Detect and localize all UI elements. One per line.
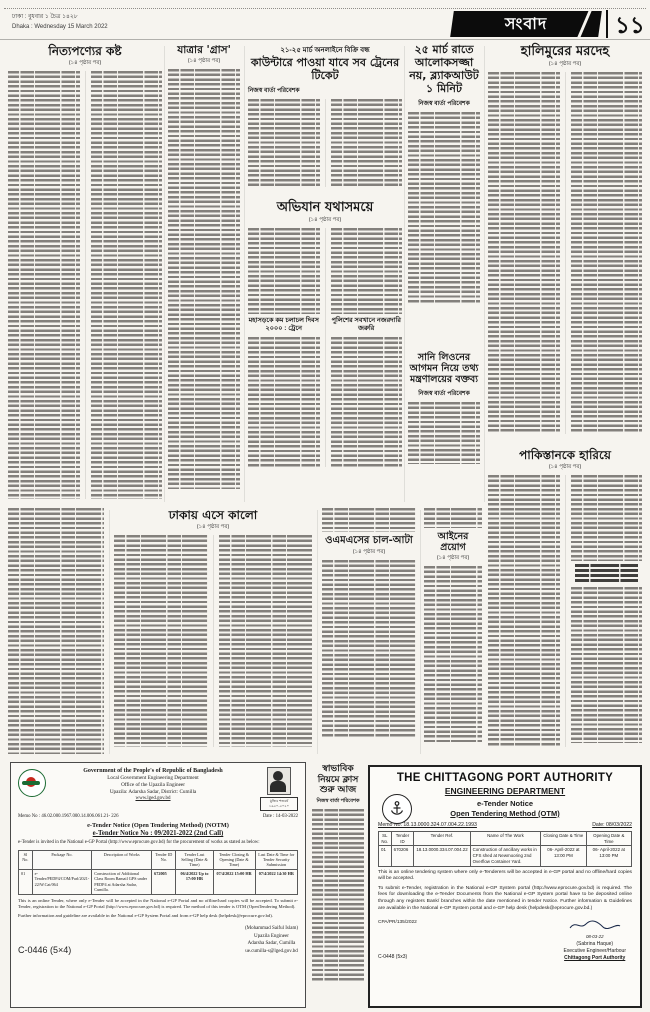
continued-label: (১৪ পৃষ্ঠার পর): [114, 524, 312, 532]
body-text: [331, 337, 403, 467]
continuation-column: [8, 508, 104, 754]
anchor-icon: [388, 800, 406, 818]
cpa-tender-notice: THE CHITTAGONG PORT AUTHORITY ENGINEERIN…: [368, 765, 642, 1008]
article-headline: সানি লিওনের আগমন নিয়ে তথ্য মন্ত্রণালয়ে…: [408, 352, 480, 386]
body-text: [488, 475, 560, 747]
tender-table: Sl No. Package No. Description of Works …: [18, 850, 298, 895]
dateline: ঢাকা : বুধবার ১ চৈত্র ১৪২৮ Dhaka : Wedne…: [12, 13, 108, 32]
cpa-title: THE CHITTAGONG PORT AUTHORITY: [378, 772, 632, 784]
continued-label: (১৪ পৃষ্ঠার পর): [8, 60, 162, 68]
cpa-method: Open Tendering Method (OTM): [378, 809, 632, 818]
notice-title: e-Tender Notice (Open Tendering Method) …: [18, 822, 298, 829]
notice-paragraph: This is an online tendering system where…: [378, 870, 632, 883]
article-essentials: নিত্যপণ্যের কষ্ট (১৪ পৃষ্ঠার পর): [8, 44, 162, 499]
article-sunny-leone: সানি লিওনের আগমন নিয়ে তথ্য মন্ত্রণালয়ে…: [408, 352, 480, 464]
byline: নিজস্ব বার্তা পরিবেশক: [408, 98, 480, 109]
signer-title: Upazila Engineer: [245, 933, 298, 941]
cell-tender-id: 670206: [391, 846, 414, 866]
body-text: [248, 337, 320, 467]
col-header: Name of The Work: [470, 832, 541, 846]
cell-ref: 18.13.0000.334.07.004.22: [414, 846, 470, 866]
notice-date: Date: 08/03/2022: [592, 822, 632, 828]
signer-location: Adarsha Sadar, Cumilla: [245, 940, 298, 948]
body-text: [322, 508, 416, 532]
cell-tender-id: 672005: [152, 869, 176, 894]
column-rule: [404, 46, 405, 502]
tender-table: SL No. Tender ID Tender Ref. Name of The…: [378, 831, 632, 867]
sub-headline: মহাসড়কে কম চলাচল দিবস ২০০০ : ট্রেনে: [248, 317, 320, 333]
article-headline: ২৫ মার্চ রাতে আলোকসজ্জা নয়, ব্ল্যাকআউট …: [408, 44, 480, 96]
body-text: [8, 71, 80, 499]
body-text: [424, 566, 482, 742]
signer-org: Chittagong Port Authority: [563, 955, 626, 962]
article-headline: অভিযান যথাসময়ে: [248, 200, 402, 215]
column-rule: [317, 510, 318, 754]
notice-paragraph: Further information and guideline are av…: [18, 913, 298, 919]
col-header: Tender Closing & Opening (Date & Time): [213, 850, 255, 869]
continued-label: (১৪ পৃষ্ঠার পর): [322, 549, 416, 557]
cell-security: 07/4/2022 14:30 HR: [255, 869, 297, 894]
lged-tender-notice: Government of the People's of Republic o…: [10, 762, 306, 1008]
signer-email: ue.cumilla-s@lged.gov.bd: [245, 948, 298, 956]
continued-label: (১৪ পৃষ্ঠার পর): [488, 464, 642, 472]
cpa-pr-ref: CPA/PR/135/2022: [378, 920, 417, 925]
article-train-tickets: ২১-২৫ মার্চ অনলাইনে বিক্রি বন্ধ কাউন্টার…: [248, 44, 402, 187]
top-dotted-rule: [4, 8, 646, 9]
cell-description: Construction of Additional Class Room Ba…: [92, 869, 152, 894]
col-header: Tender ID: [391, 832, 414, 846]
sub-headline: পুলিশের সবখানে নজরদারি জরুরি: [331, 317, 403, 333]
article-headline: নিত্যপণ্যের কষ্ট: [8, 44, 162, 58]
signer-name: (Mohammad Saiful Islam): [245, 925, 298, 933]
col-header: Sl No.: [19, 850, 33, 869]
article-kicker: ২১-২৫ মার্চ অনলাইনে বিক্রি বন্ধ: [248, 44, 402, 56]
column-rule: [164, 46, 165, 502]
table-row: 01 670206 18.13.0000.334.07.004.22 Const…: [379, 846, 632, 866]
body-text: [408, 402, 480, 464]
col-header: Tender Ref.: [414, 832, 470, 846]
body-text: [322, 560, 416, 738]
body-text: [8, 508, 104, 754]
article-halimur: হালিমুরের মরদেহ (১৪ পৃষ্ঠার পর): [488, 44, 642, 434]
cell-last-selling: 06/4/2022 Up to 17:00 HR: [176, 869, 213, 894]
col-header: Last Date & Time for Tender Security Sub…: [255, 850, 297, 869]
notice-number: e-Tender Notice No : 09/2021-2022 (2nd C…: [18, 830, 298, 837]
body-text: [219, 535, 313, 747]
upazila-line: Upazila: Adarsha Sadar, District: Cumill…: [46, 789, 260, 796]
body-text: [312, 809, 364, 981]
column-rule: [109, 510, 110, 754]
mujib-box-line2: ১৯২০-২০২০: [261, 804, 297, 809]
continued-label: (১৪ পৃষ্ঠার পর): [424, 555, 482, 563]
lged-emblem-icon: [18, 769, 46, 797]
article-headline: স্বাভাবিক নিয়মে ক্লাস শুরু আজ: [312, 764, 364, 796]
col-header: Closing Date & Time: [541, 832, 586, 846]
notice-date: Date : 14-03-2022: [263, 814, 298, 819]
article-pakistan: পাকিস্তানকে হারিয়ে (১৪ পৃষ্ঠার পর): [488, 448, 642, 747]
body-text: [331, 228, 403, 314]
col-header: Opening Date & Time: [586, 832, 631, 846]
cell-package: e-Tender/PEDP4/COM/Parl/2021-22/W.Cat/06…: [32, 869, 92, 894]
office-line: Office of the Upazila Engineer: [46, 782, 260, 789]
body-text: [488, 72, 560, 434]
memo-number: Memo No : 46.02.000.1967.000.14.006.061.…: [18, 814, 118, 819]
byline: নিজস্ব বার্তা পরিবেশক: [312, 798, 364, 806]
article-law: আইনের প্রয়োগ (১৪ পৃষ্ঠার পর): [424, 508, 482, 742]
article-ovijan: অভিযান যথাসময়ে (১৪ পৃষ্ঠার পর) মহাসড়কে…: [248, 200, 402, 467]
article-headline: আইনের প্রয়োগ: [424, 531, 482, 553]
mujib-100-portrait-icon: [267, 767, 291, 795]
article-blackout: ২৫ মার্চ রাতে আলোকসজ্জা নয়, ব্ল্যাকআউট …: [408, 44, 480, 304]
cell-closing: 07/4/2022 15:00 HR: [213, 869, 255, 894]
article-headline: কাউন্টারে পাওয়া যাবে সব ট্রেনের টিকেট: [248, 57, 402, 83]
cpa-dept: ENGINEERING DEPARTMENT: [378, 786, 632, 796]
col-header: Tender Last Selling (Date & Time): [176, 850, 213, 869]
masthead-title: সংবাদ: [505, 11, 547, 38]
col-header: Package No.: [32, 850, 92, 869]
newspaper-page: ঢাকা : বুধবার ১ চৈত্র ১৪২৮ Dhaka : Wedne…: [0, 0, 650, 1012]
mujib-100-box: মুজিব শতবর্ষ ১৯২০-২০২০: [260, 797, 298, 811]
article-classes: স্বাভাবিক নিয়মে ক্লাস শুরু আজ নিজস্ব বা…: [312, 764, 364, 1008]
table-row: 01 e-Tender/PEDP4/COM/Parl/2021-22/W.Cat…: [19, 869, 298, 894]
article-grash: যাত্রার 'গ্রাস' (১৪ পৃষ্ঠার পর): [168, 44, 240, 489]
continued-label: (১৪ পৃষ্ঠার পর): [168, 58, 240, 66]
body-text: [114, 535, 208, 747]
body-text: [571, 475, 643, 561]
cell-sl: 01: [19, 869, 33, 894]
dateline-english: Dhaka : Wednesday 15 March 2022: [12, 23, 108, 33]
page-number: ১১: [615, 7, 645, 46]
byline: নিজস্ব বার্তা পরিবেশক: [248, 85, 402, 96]
col-header: SL No.: [379, 832, 392, 846]
ad-ref-code: C-0446 (5×4): [18, 945, 71, 955]
body-text: [248, 228, 320, 314]
signature-icon: [568, 919, 622, 931]
cell-sl: 01: [379, 846, 392, 866]
article-dhaka-black: ঢাকায় এসে কালো (১৪ পৃষ্ঠার পর): [114, 508, 312, 747]
body-text: [248, 99, 320, 187]
signer-title: Executive Engineer/Harbour: [563, 948, 626, 955]
body-text: [571, 72, 643, 434]
body-text: [424, 508, 482, 528]
header-rule: [0, 39, 650, 40]
article-headline: পাকিস্তানকে হারিয়ে: [488, 448, 642, 462]
col-header: Description of Works: [92, 850, 152, 869]
body-text: [168, 69, 240, 489]
continued-label: (১৪ পৃষ্ঠার পর): [248, 217, 402, 225]
cell-opening: 06- April-2022 at 13:00 PM: [586, 846, 631, 866]
cpa-emblem-icon: [382, 794, 412, 824]
masthead-logo: সংবাদ: [450, 11, 602, 37]
continued-label: (১৪ পৃষ্ঠার পর): [488, 61, 642, 69]
article-headline: হালিমুরের মরদেহ: [488, 44, 642, 59]
notice-paragraph: To submit e-Tender, registration in the …: [378, 886, 632, 912]
article-oms: ওএমএসের চাল-আটা (১৪ পৃষ্ঠার পর): [322, 508, 416, 738]
lged-website-link: www.lged.gov.bd: [46, 796, 260, 803]
notice-intro: e-Tender is invited in the National e-GP…: [18, 840, 298, 846]
cell-closing: 06- April-2022 at 13:00 PM: [541, 846, 586, 866]
column-rule: [420, 510, 421, 754]
body-text: [331, 99, 403, 187]
col-header: Tender ID No.: [152, 850, 176, 869]
dateline-bengali: ঢাকা : বুধবার ১ চৈত্র ১৪২৮: [12, 13, 108, 23]
ad-ref-code: C-0448 (5x3): [378, 954, 407, 960]
article-headline: ওএমএসের চাল-আটা: [322, 535, 416, 547]
govt-line: Government of the People's of Republic o…: [46, 767, 260, 775]
body-text: [408, 112, 480, 304]
article-headline: ঢাকায় এসে কালো: [114, 508, 312, 522]
bold-sub-headline-text: [575, 564, 639, 584]
signer-name: (Sabrina Haque): [563, 941, 626, 948]
column-rule: [244, 46, 245, 502]
cpa-notice-type: e-Tender Notice: [378, 799, 632, 808]
body-text: [91, 71, 163, 499]
byline: নিজস্ব বার্তা পরিবেশক: [408, 388, 480, 399]
column-rule: [484, 46, 485, 502]
article-headline: যাত্রার 'গ্রাস': [168, 44, 240, 56]
body-text: [571, 587, 643, 743]
page-number-divider: [606, 10, 608, 38]
cell-work-name: Construction of ancillary works in CFS s…: [470, 846, 541, 866]
notice-paragraph: This is an online Tender, where only e-T…: [18, 898, 298, 910]
